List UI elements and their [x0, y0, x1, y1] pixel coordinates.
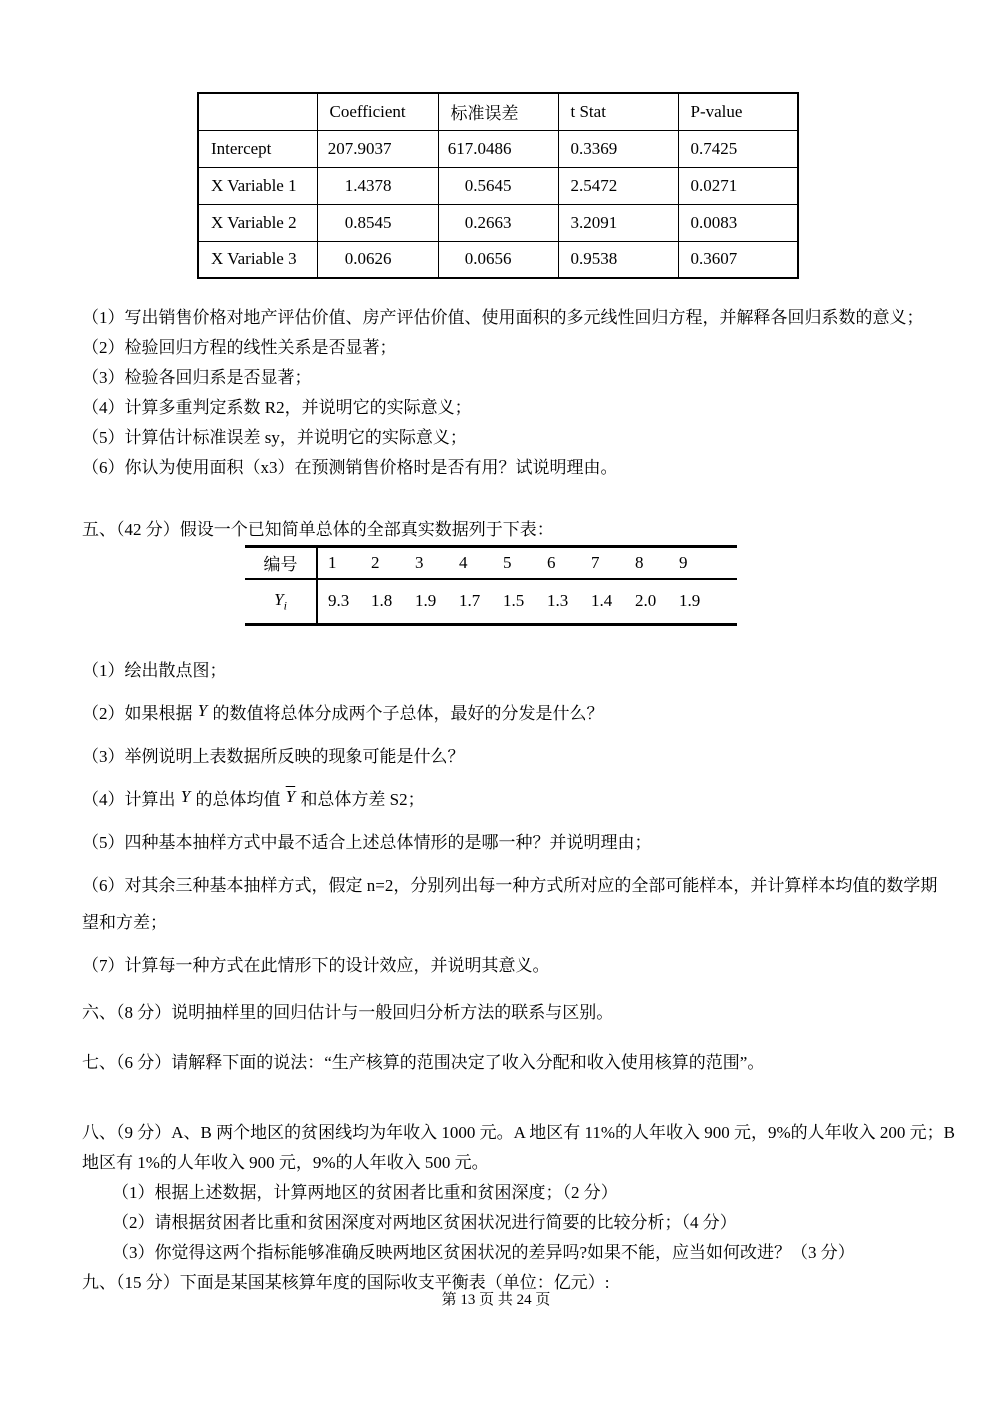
t-stat-cell: 3.2091 [558, 204, 678, 241]
id-cell: 2 [361, 547, 405, 579]
question-line: （2）请根据贫困者比重和贫困深度对两地区贫困状况进行简要的比较分析；（4 分） [112, 1208, 960, 1238]
p-value-cell: 0.0083 [678, 204, 798, 241]
value-cell: 2.0 [625, 579, 669, 625]
header-std-error: 标准误差 [438, 93, 558, 130]
population-data-table: 编号 1 2 3 4 5 6 7 8 9 Yi 9.3 1.8 1.9 1.7 … [245, 545, 737, 626]
t-stat-cell: 0.3369 [558, 130, 678, 167]
p-value-cell: 0.0271 [678, 167, 798, 204]
table-row-x1: X Variable 1 1.4378 0.5645 2.5472 0.0271 [198, 167, 798, 204]
coefficient-cell: 0.0626 [317, 241, 438, 278]
id-cell: 8 [625, 547, 669, 579]
y-symbol: Y [180, 787, 191, 806]
t-stat-cell: 0.9538 [558, 241, 678, 278]
question-line: （2）如果根据 Y 的数值将总体分成两个子总体，最好的分发是什么？ [82, 695, 948, 732]
question-line: （5）计算估计标准误差 sy，并说明它的实际意义； [82, 423, 948, 453]
section5-heading: 五、（42 分）假设一个已知简单总体的全部真实数据列于下表： [82, 515, 554, 545]
id-cell: 4 [449, 547, 493, 579]
section5-questions: （1）绘出散点图； （2）如果根据 Y 的数值将总体分成两个子总体，最好的分发是… [82, 652, 948, 990]
y-bar-symbol: Y [285, 787, 296, 806]
section6-text: 六、（8 分）说明抽样里的回归估计与一般回归分析方法的联系与区别。 [82, 998, 962, 1028]
value-row: Yi 9.3 1.8 1.9 1.7 1.5 1.3 1.4 2.0 1.9 [245, 579, 737, 625]
table-row-x3: X Variable 3 0.0626 0.0656 0.9538 0.3607 [198, 241, 798, 278]
row-label: X Variable 3 [198, 241, 317, 278]
question-line: （6）对其余三种基本抽样方式，假定 n=2，分别列出每一种方式所对应的全部可能样… [82, 867, 948, 941]
y-row-label: Yi [245, 579, 317, 625]
page-number-footer: 第 13 页 共 24 页 [0, 1290, 992, 1310]
question-text: 和总体方差 S2； [296, 790, 424, 809]
row-label: Intercept [198, 130, 317, 167]
value-cell: 1.4 [581, 579, 625, 625]
question-line: （7）计算每一种方式在此情形下的设计效应，并说明其意义。 [82, 947, 948, 984]
std-error-cell: 617.0486 [438, 130, 558, 167]
table-row-x2: X Variable 2 0.8545 0.2663 3.2091 0.0083 [198, 204, 798, 241]
header-p-value: P-value [678, 93, 798, 130]
id-cell: 6 [537, 547, 581, 579]
table-row-intercept: Intercept 207.9037 617.0486 0.3369 0.742… [198, 130, 798, 167]
question-line: （6）你认为使用面积（x3）在预测销售价格时是否有用？试说明理由。 [82, 453, 948, 483]
std-error-cell: 0.2663 [438, 204, 558, 241]
question-line: （3）检验各回归系是否显著； [82, 363, 948, 393]
y-symbol: Y [197, 701, 208, 720]
regression-table: Coefficient 标准误差 t Stat P-value Intercep… [197, 92, 799, 279]
question-line: （5）四种基本抽样方式中最不适合上述总体情形的是哪一种？并说明理由； [82, 824, 948, 861]
value-cell: 1.5 [493, 579, 537, 625]
question-line: （1）绘出散点图； [82, 652, 948, 689]
id-cell: 9 [669, 547, 713, 579]
question-line: （4）计算多重判定系数 R2，并说明它的实际意义； [82, 393, 948, 423]
question-text: 的总体均值 [191, 790, 285, 809]
value-cell: 1.3 [537, 579, 581, 625]
question-line: （1）写出销售价格对地产评估价值、房产评估价值、使用面积的多元线性回归方程，并解… [82, 303, 948, 333]
std-error-cell: 0.0656 [438, 241, 558, 278]
value-cell: 1.8 [361, 579, 405, 625]
y-symbol: Y [274, 590, 283, 609]
t-stat-cell: 2.5472 [558, 167, 678, 204]
header-t-stat: t Stat [558, 93, 678, 130]
question-text: （2）如果根据 [82, 704, 197, 723]
question-line: （1）根据上述数据，计算两地区的贫困者比重和贫困深度；（2 分） [112, 1178, 960, 1208]
exam-page: Coefficient 标准误差 t Stat P-value Intercep… [0, 0, 992, 1403]
p-value-cell: 0.3607 [678, 241, 798, 278]
question-line: （3）举例说明上表数据所反映的现象可能是什么？ [82, 738, 948, 775]
y-subscript: i [284, 598, 287, 612]
std-error-cell: 0.5645 [438, 167, 558, 204]
coefficient-cell: 207.9037 [317, 130, 438, 167]
header-empty-cell [198, 93, 317, 130]
coefficient-cell: 0.8545 [317, 204, 438, 241]
id-cell: 1 [317, 547, 361, 579]
id-cell: 5 [493, 547, 537, 579]
row-label: X Variable 2 [198, 204, 317, 241]
value-cell: 1.9 [669, 579, 713, 625]
value-cell: 1.9 [405, 579, 449, 625]
question-line: （4）计算出 Y 的总体均值 Y 和总体方差 S2； [82, 781, 948, 818]
question-line: （2）检验回归方程的线性关系是否显著； [82, 333, 948, 363]
section7-text: 七、（6 分）请解释下面的说法：“生产核算的范围决定了收入分配和收入使用核算的范… [82, 1048, 962, 1078]
value-cell: 1.7 [449, 579, 493, 625]
value-cell: 9.3 [317, 579, 361, 625]
filler-cell [713, 547, 737, 579]
row-label: X Variable 1 [198, 167, 317, 204]
header-coefficient: Coefficient [317, 93, 438, 130]
regression-header-row: Coefficient 标准误差 t Stat P-value [198, 93, 798, 130]
id-row-label: 编号 [245, 547, 317, 579]
section8-block: 八、（9 分）A、B 两个地区的贫困线均为年收入 1000 元。A 地区有 11… [82, 1118, 960, 1298]
question-text: 的数值将总体分成两个子总体，最好的分发是什么？ [208, 704, 603, 723]
question-line: （3）你觉得这两个指标能够准确反映两地区贫困状况的差异吗?如果不能，应当如何改进… [112, 1238, 960, 1268]
id-row: 编号 1 2 3 4 5 6 7 8 9 [245, 547, 737, 579]
id-cell: 7 [581, 547, 625, 579]
question-text: （4）计算出 [82, 790, 180, 809]
p-value-cell: 0.7425 [678, 130, 798, 167]
section8-intro: 八、（9 分）A、B 两个地区的贫困线均为年收入 1000 元。A 地区有 11… [82, 1118, 960, 1178]
filler-cell [713, 579, 737, 625]
section4-questions: （1）写出销售价格对地产评估价值、房产评估价值、使用面积的多元线性回归方程，并解… [82, 303, 948, 483]
id-cell: 3 [405, 547, 449, 579]
coefficient-cell: 1.4378 [317, 167, 438, 204]
